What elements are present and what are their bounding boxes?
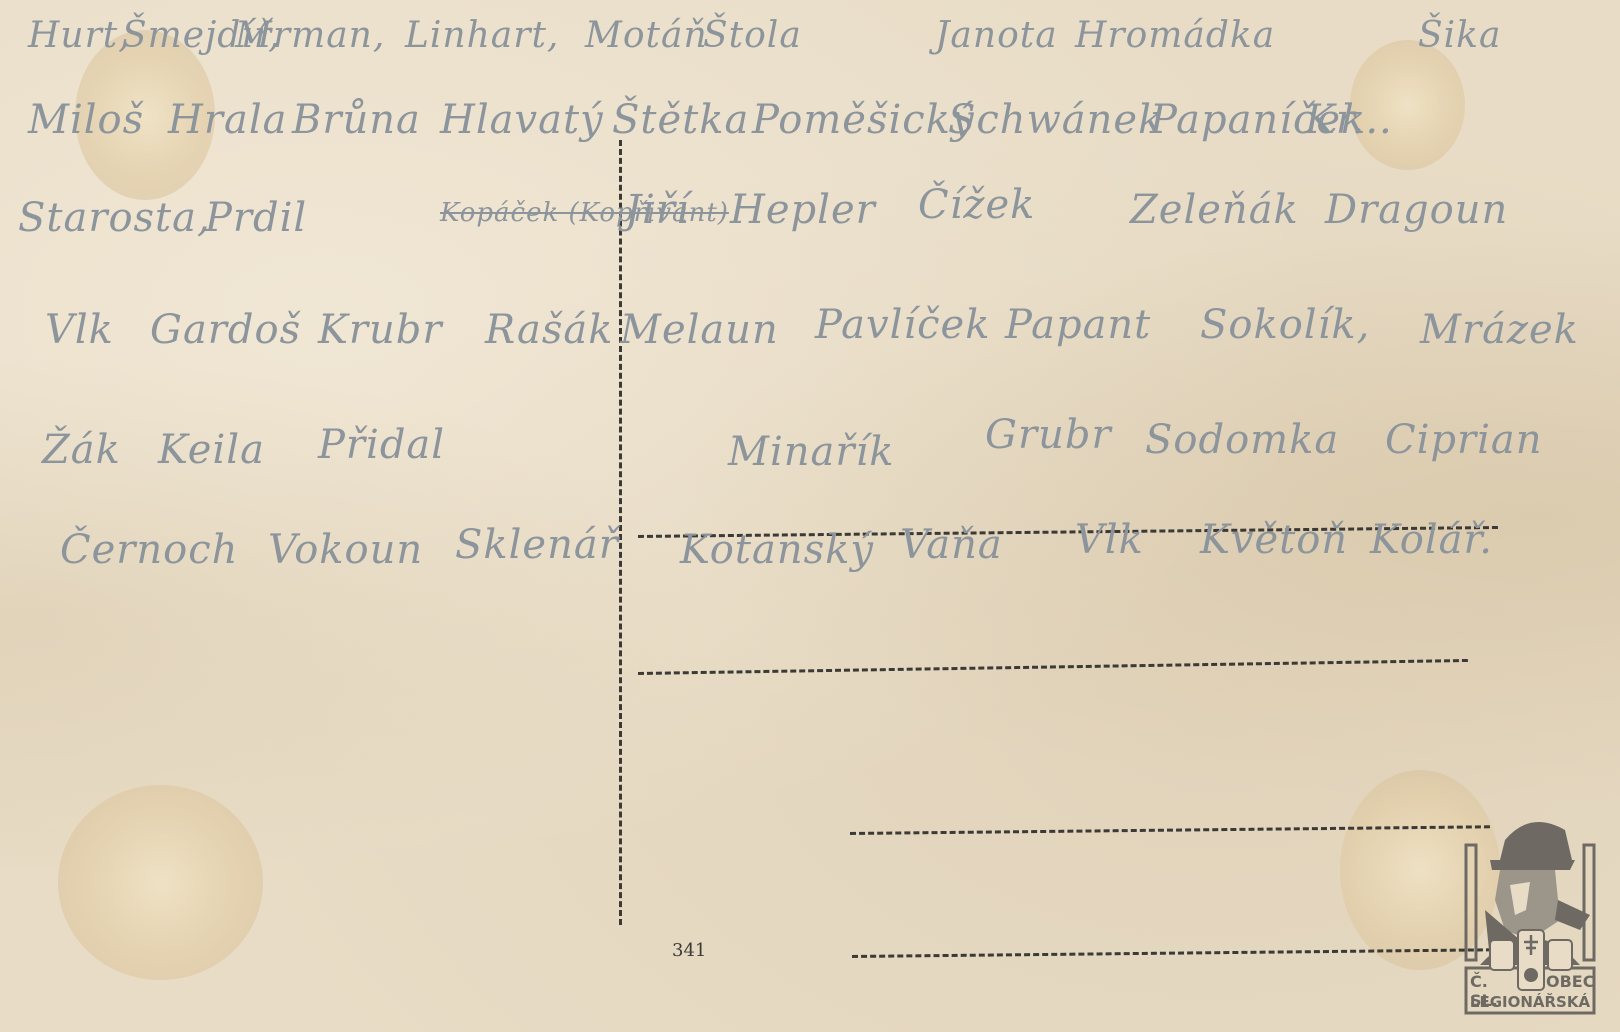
signature: Květoň — [1200, 520, 1348, 560]
signature: Štola — [703, 18, 802, 54]
stamp-line1-right: OBEC — [1546, 972, 1596, 991]
signature: Černoch — [60, 530, 238, 570]
signature: Hlavatý — [440, 100, 604, 140]
signature: Jiří — [625, 190, 690, 230]
signature: Pavlíček — [815, 305, 990, 345]
signature: Linhart, — [405, 18, 559, 54]
signature: Sodomka — [1145, 420, 1339, 460]
signature: Hromádka — [1075, 18, 1275, 54]
signature: Štětka — [612, 100, 749, 140]
signature: Kolář. — [1370, 520, 1493, 560]
signature: Vlk — [45, 310, 114, 350]
print-number: 341 — [672, 940, 706, 961]
signature: Žák — [42, 430, 121, 470]
signature: Vlk — [1075, 520, 1144, 560]
signature: Přidal — [318, 425, 445, 465]
glue-spot-bottom-left — [58, 785, 263, 980]
signature: Papant — [1005, 305, 1151, 345]
signature: Vaňa — [900, 525, 1003, 565]
signature: Rašák — [485, 310, 614, 350]
signature: Schwánek — [948, 100, 1163, 140]
signature: Hepler — [730, 190, 876, 230]
signature: Janota — [935, 18, 1058, 54]
signature: Hurt, — [28, 18, 131, 54]
signature: Miloš — [28, 100, 144, 140]
signature: Sklenář — [455, 525, 619, 565]
signature: Dragoun — [1325, 190, 1508, 230]
signature: Minařík — [728, 432, 895, 472]
signature: Vokoun — [268, 530, 423, 570]
signature: Čížek — [918, 185, 1035, 225]
signature: Ciprian — [1385, 420, 1543, 460]
signature: Gardoš — [150, 310, 301, 350]
legion-stamp: Č. SL. OBEC LEGIONÁŘSKÁ — [1460, 790, 1600, 1015]
signature: Keila — [158, 430, 265, 470]
signature: Motáň — [585, 18, 708, 54]
signature: Kr... — [1305, 100, 1393, 140]
signature: Grubr — [985, 415, 1112, 455]
signature: Mrman, — [235, 18, 385, 54]
signature: Krubr — [318, 310, 443, 350]
signature: Poměšický — [752, 100, 975, 140]
signature: Sokolík, — [1200, 305, 1370, 345]
postcard-center-divider — [619, 140, 622, 925]
stamp-line2: LEGIONÁŘSKÁ — [1460, 993, 1600, 1011]
signature: Zeleňák — [1130, 190, 1299, 230]
signature: Hrala — [168, 100, 288, 140]
signature: Šika — [1418, 18, 1501, 54]
signature: Melaun — [620, 310, 779, 350]
signature: Starosta, — [18, 198, 211, 238]
signature: Mrázek — [1420, 310, 1579, 350]
signature: Kotanský — [680, 530, 874, 570]
signature: Prdil — [205, 198, 307, 238]
signature: Brůna — [292, 100, 421, 140]
